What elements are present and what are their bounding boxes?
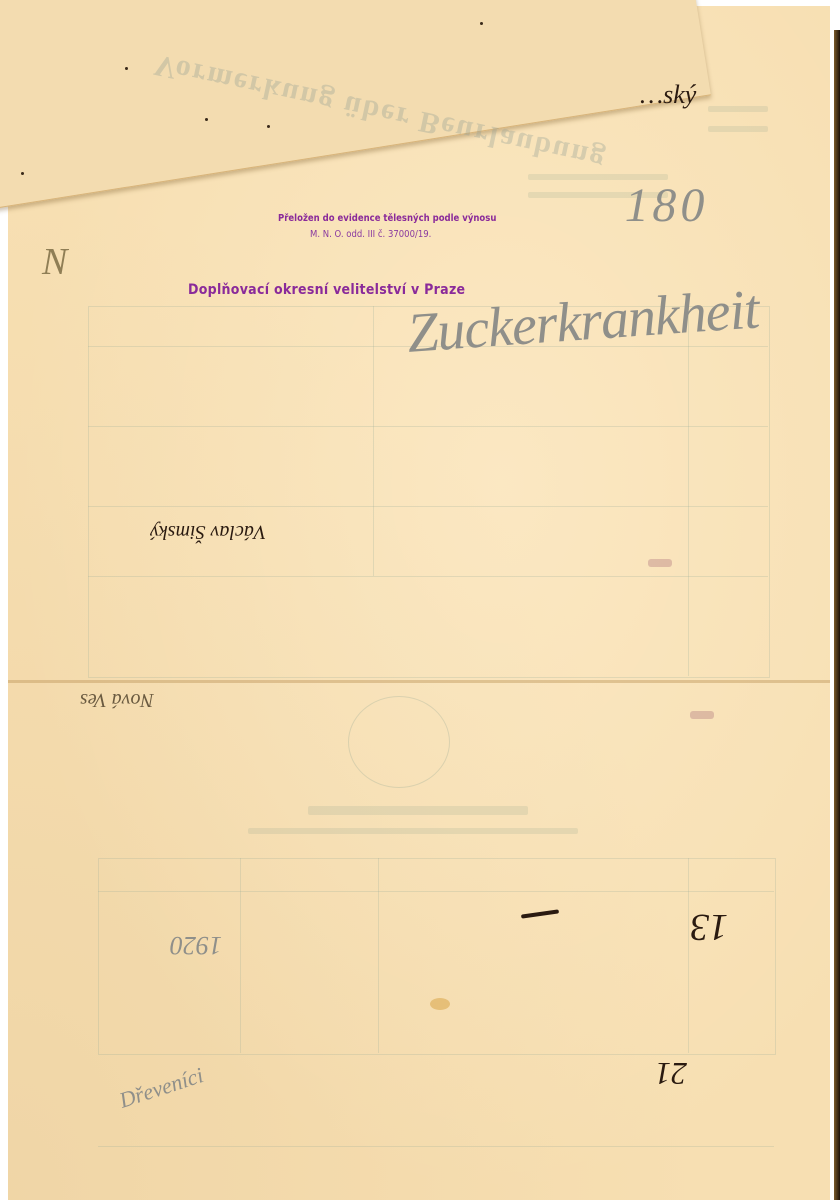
office-stamp: Doplňovací okresní velitelství v Praze: [188, 282, 465, 298]
bleed-through-seal: [348, 696, 450, 788]
bleed-through-text: [708, 106, 768, 112]
bleed-through-text: [708, 126, 768, 132]
handwritten-place-inverted: Nová Ves: [80, 688, 154, 711]
bleed-through-heading: [308, 806, 528, 815]
speck: [480, 22, 483, 25]
bleed-through-rule: [88, 506, 768, 507]
speck: [205, 118, 208, 121]
registry-stamp-line1: Přeložen do evidence tělesných podle výn…: [278, 213, 496, 224]
bleed-through-text: [248, 828, 578, 834]
red-ink-mark: [690, 711, 714, 719]
ink-stain: [430, 998, 450, 1010]
handwritten-mark-right: 13: [690, 905, 728, 949]
red-ink-mark: [648, 559, 672, 567]
handwritten-margin-mark: N: [42, 240, 67, 284]
handwritten-number: 180: [620, 178, 714, 233]
bleed-through-rule: [88, 426, 768, 427]
handwritten-name-inverted: Václav Šimský: [150, 520, 266, 543]
bleed-through-rule: [88, 576, 768, 577]
speck: [125, 67, 128, 70]
fold-crease: [8, 680, 830, 683]
speck: [21, 172, 24, 175]
handwritten-signoff: …ský: [640, 80, 696, 110]
bleed-through-rule: [98, 891, 774, 892]
bleed-through-rule: [98, 1146, 774, 1147]
bleed-through-rule: [373, 306, 374, 576]
bleed-through-rule: [688, 858, 689, 1053]
handwritten-year-inverted: 1920: [170, 930, 222, 960]
page-edge-shadow: [834, 30, 840, 1200]
bleed-through-rule: [688, 306, 689, 676]
bleed-through-rule: [240, 858, 241, 1053]
speck: [267, 125, 270, 128]
bleed-through-rule: [378, 858, 379, 1053]
registry-stamp-line2: M. N. O. odd. III č. 37000/19.: [310, 229, 431, 240]
handwritten-mark-bottom: 21: [655, 1055, 687, 1092]
